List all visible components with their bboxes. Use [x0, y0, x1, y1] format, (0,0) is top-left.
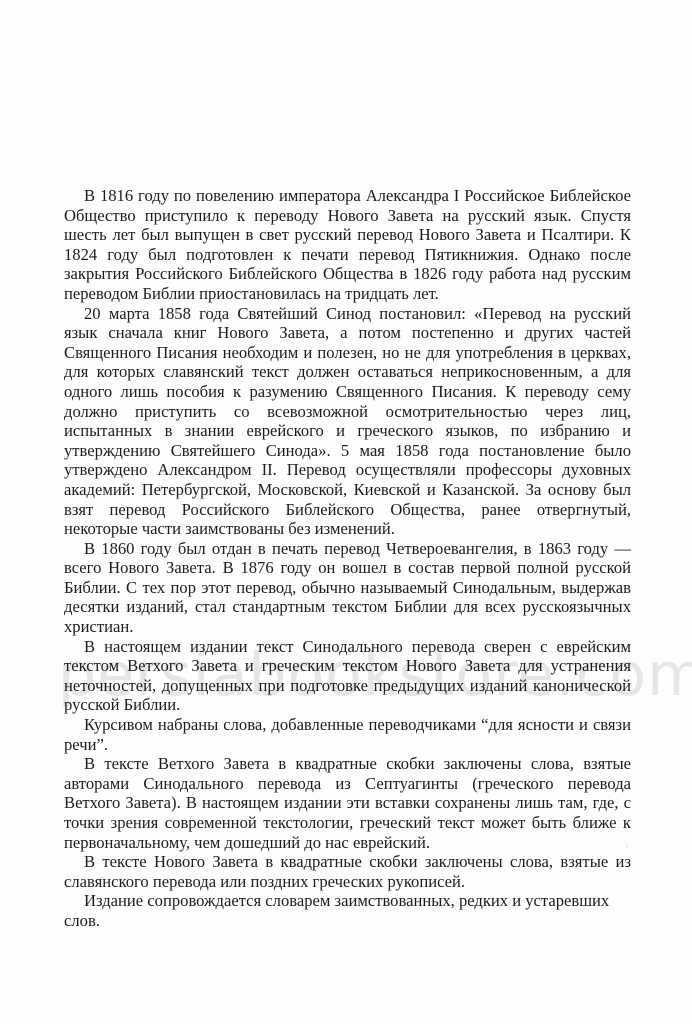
paragraph-old-testament-brackets: В тексте Ветхого Завета в квадратные ско…	[64, 754, 631, 852]
paragraph-1858-synod-decree: 20 марта 1858 года Святейший Синод поста…	[64, 304, 631, 539]
paragraph-italics-note: Курсивом набраны слова, добавленные пере…	[64, 715, 631, 754]
scanned-page: persiabookstore.com В 1816 году по повел…	[0, 0, 692, 1024]
paragraph-1860-publication: В 1860 году был отдан в печать перевод Ч…	[64, 539, 631, 637]
paragraph-glossary-note: Издание сопровождается словарем заимство…	[64, 891, 631, 930]
paragraph-new-testament-brackets: В тексте Нового Завета в квадратные скоб…	[64, 852, 631, 891]
body-text: В 1816 году по повелению императора Алек…	[64, 186, 631, 931]
paragraph-1816-translation: В 1816 году по повелению императора Алек…	[64, 186, 631, 304]
paragraph-current-edition: В настоящем издании текст Синодального п…	[64, 637, 631, 715]
